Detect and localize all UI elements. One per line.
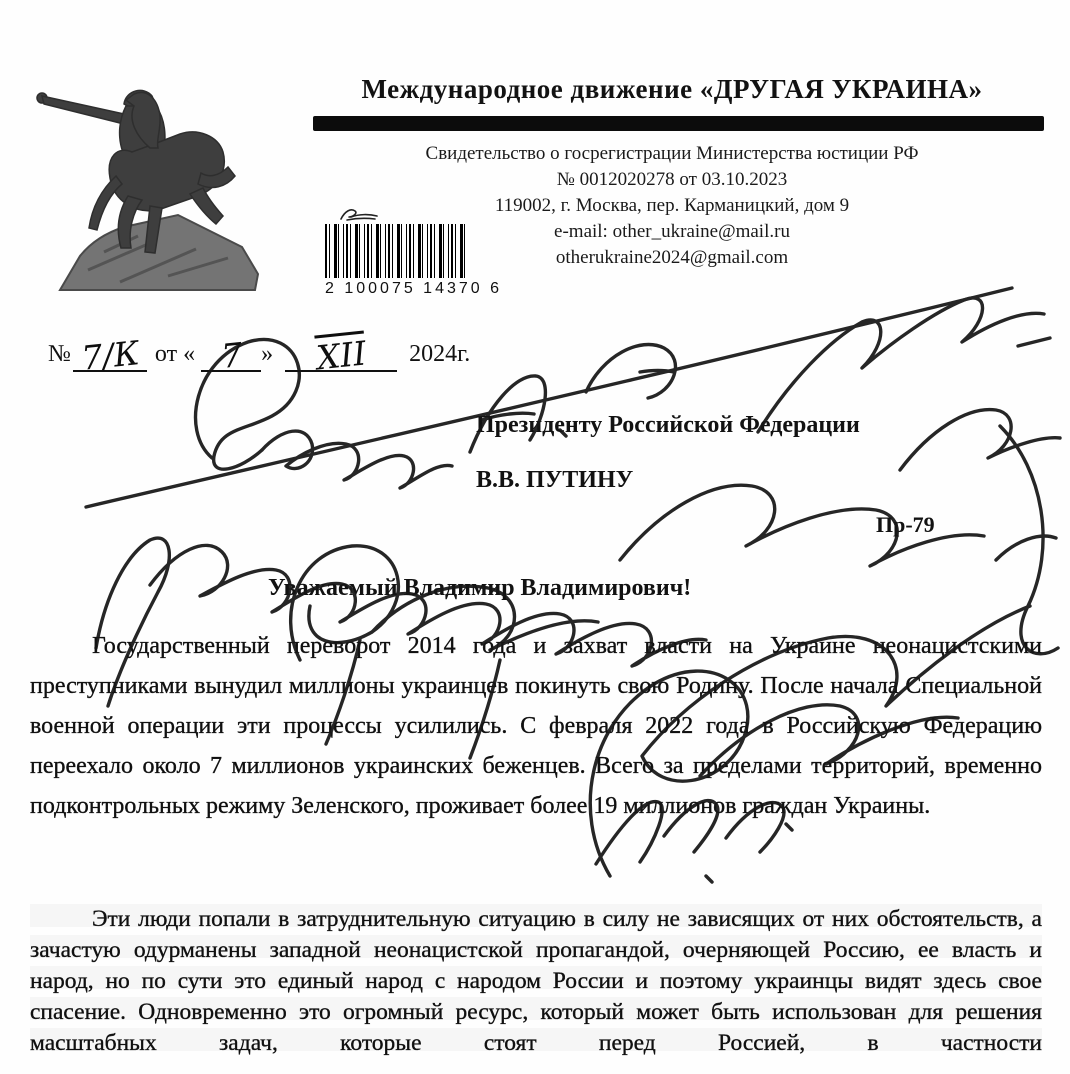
year-label: 2024г.	[409, 341, 470, 372]
body-paragraph-2: Эти люди попали в затруднительную ситуац…	[30, 904, 1042, 1059]
body-paragraph-1: Государственный переворот 2014 года и за…	[30, 626, 1042, 826]
handwritten-day: 7	[219, 335, 244, 376]
close-quote-label: »	[261, 341, 273, 372]
scanned-letter-page: Международное движение «ДРУГАЯ УКРАИНА» …	[0, 0, 1070, 1074]
handwritten-month: XII	[315, 333, 368, 377]
outgoing-number-line: № 7/К от « 7 » XII 2024г.	[48, 326, 470, 372]
barcode-number: 2 100075 14370 6	[325, 280, 475, 298]
number-sign-label: №	[48, 341, 71, 372]
addressee-name: В.В. ПУТИНУ	[476, 467, 633, 494]
salutation: Уважаемый Владимир Владимирович!	[268, 575, 691, 602]
addressee-line: Президенту Российской Федерации	[476, 412, 860, 439]
handwritten-outgoing-number: 7/К	[80, 333, 141, 378]
month-slot: XII	[285, 326, 397, 372]
equestrian-statue-image	[28, 44, 268, 294]
day-slot: 7	[201, 326, 261, 372]
organization-title: Международное движение «ДРУГАЯ УКРАИНА»	[298, 74, 1046, 105]
registration-line: Свидетельство о госрегистрации Министерс…	[298, 141, 1046, 167]
resolution-code: Пр-79	[876, 512, 935, 538]
from-label: от «	[155, 341, 195, 372]
barcode	[325, 224, 467, 278]
letterhead-divider-bar	[313, 116, 1044, 131]
handwritten-initials-mark	[337, 206, 381, 222]
registration-number-line: № 0012020278 от 03.10.2023	[298, 167, 1046, 193]
barcode-block: 2 100075 14370 6	[325, 206, 475, 298]
outgoing-number-slot: 7/К	[73, 326, 147, 372]
